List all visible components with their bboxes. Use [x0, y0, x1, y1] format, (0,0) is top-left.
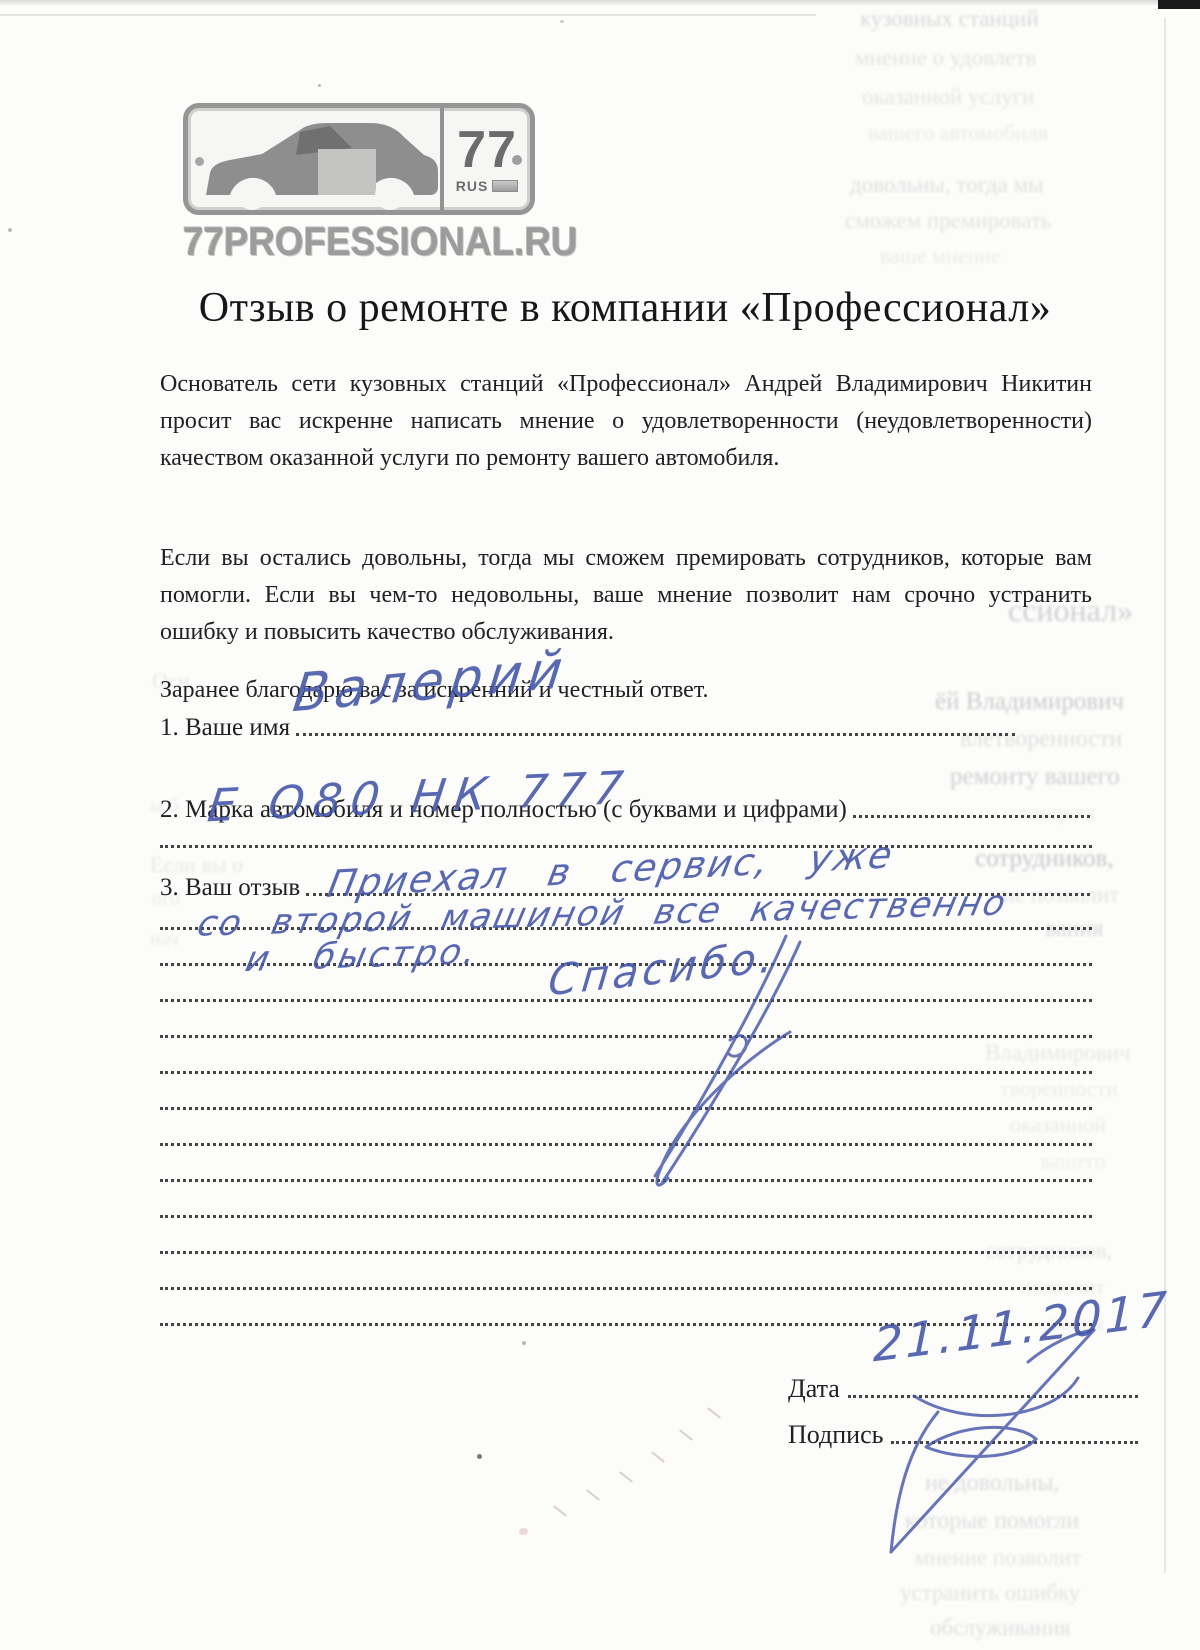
- bleedthrough-fragment: кузовных станций: [860, 6, 1039, 32]
- dotted-line: [160, 1251, 1092, 1254]
- intro-paragraph-1: Основатель сети кузовных станций «Профес…: [160, 366, 1092, 477]
- car-dotted-line: [853, 815, 1090, 818]
- bleedthrough-fragment: нач: [150, 928, 179, 951]
- handwritten-name: Валерий: [290, 640, 572, 725]
- bleedthrough-fragment: вашего: [1040, 1148, 1106, 1174]
- handwritten-date: 21.11.2017: [873, 1282, 1171, 1374]
- dotted-line: [160, 1143, 1092, 1146]
- pencil-dash: [553, 1505, 567, 1516]
- dotted-line: [160, 1215, 1092, 1218]
- bleedthrough-fragment: устранить ошибку: [900, 1580, 1080, 1606]
- pencil-dash: [586, 1489, 600, 1500]
- speck: [318, 84, 321, 87]
- scan-corner-shadow: [1158, 0, 1200, 9]
- pencil-dash: [619, 1471, 633, 1482]
- scanned-feedback-form: кузовных станциймнение о удовлетвоказанн…: [0, 0, 1200, 1650]
- company-logo: 77 RUS 77PROFESSIONAL.RU: [183, 103, 535, 265]
- speck: [8, 228, 12, 232]
- bleedthrough-fragment: сотрудников,: [975, 845, 1114, 873]
- dotted-line: [160, 1179, 1092, 1182]
- plate-bolt-icon: [195, 157, 204, 166]
- flag-icon: [492, 180, 518, 192]
- pencil-dash: [651, 1451, 665, 1462]
- date-dotted-line: [848, 1395, 1138, 1398]
- plate-region-code: RUS: [456, 178, 489, 194]
- plate-number: 77: [457, 124, 517, 176]
- review-pen-hook: [729, 1036, 746, 1056]
- page-edge-shadow: [1164, 18, 1166, 1573]
- bleedthrough-fragment: творенности: [1000, 1076, 1118, 1102]
- bleedthrough-fragment: ваше мнение: [880, 243, 1001, 269]
- bleedthrough-fragment: довольны, тогда мы: [850, 172, 1044, 198]
- website-wordmark: 77PROFESSIONAL.RU: [183, 220, 507, 265]
- field-name: 1. Ваше имя: [160, 714, 1015, 742]
- bleedthrough-fragment: которые помогли: [905, 1508, 1079, 1535]
- dotted-line: [160, 1287, 1092, 1290]
- bleedthrough-fragment: мнение о удовлетв: [855, 45, 1036, 71]
- bleedthrough-fragment: Владимирович: [985, 1040, 1131, 1066]
- speck: [522, 1341, 526, 1345]
- speck: [560, 20, 564, 23]
- intro-paragraph-2: Если вы остались довольны, тогда мы смож…: [160, 540, 1092, 651]
- bleedthrough-fragment: мнение позволит: [915, 1545, 1081, 1571]
- field-signature: Подпись: [788, 1420, 1138, 1450]
- review-label: 3. Ваш отзыв: [160, 874, 300, 902]
- pencil-dash: [679, 1429, 693, 1440]
- field-date: Дата: [788, 1374, 1138, 1404]
- dotted-line: [160, 1071, 1092, 1074]
- bleedthrough-fragment: оказанной услуги: [862, 84, 1034, 110]
- form-title: Отзыв о ремонте в компании «Профессионал…: [160, 284, 1090, 332]
- signature-dotted-line: [891, 1441, 1138, 1444]
- speck: [519, 1528, 528, 1535]
- date-label: Дата: [788, 1374, 840, 1404]
- scan-fold-line: [0, 14, 816, 16]
- plate-region-box: 77 RUS: [440, 108, 530, 210]
- bleedthrough-fragment: ремонту вашего: [950, 763, 1120, 791]
- bleedthrough-fragment: не довольны,: [925, 1470, 1059, 1497]
- car-silhouette-icon: [200, 115, 442, 211]
- name-label: 1. Ваше имя: [160, 714, 290, 742]
- speck: [477, 1454, 482, 1459]
- scan-top-edge: [0, 0, 1200, 5]
- dotted-line: [160, 999, 1092, 1002]
- dotted-line: [160, 1107, 1092, 1110]
- bleedthrough-fragment: оказанной: [1010, 1112, 1106, 1138]
- license-plate-logo: 77 RUS: [183, 103, 535, 215]
- name-dotted-line: [296, 733, 1015, 736]
- bleedthrough-fragment: вашего автомобиля: [868, 120, 1048, 146]
- handwritten-thanks: Спасибо.: [546, 932, 780, 1006]
- dotted-line: [160, 1035, 1092, 1038]
- bleedthrough-fragment: обслуживания: [930, 1615, 1070, 1641]
- signature-label: Подпись: [788, 1420, 883, 1450]
- handwritten-review-line3: и быстро.: [242, 932, 483, 980]
- bleedthrough-fragment: сможем премировать: [845, 208, 1051, 234]
- pencil-dash: [707, 1407, 721, 1418]
